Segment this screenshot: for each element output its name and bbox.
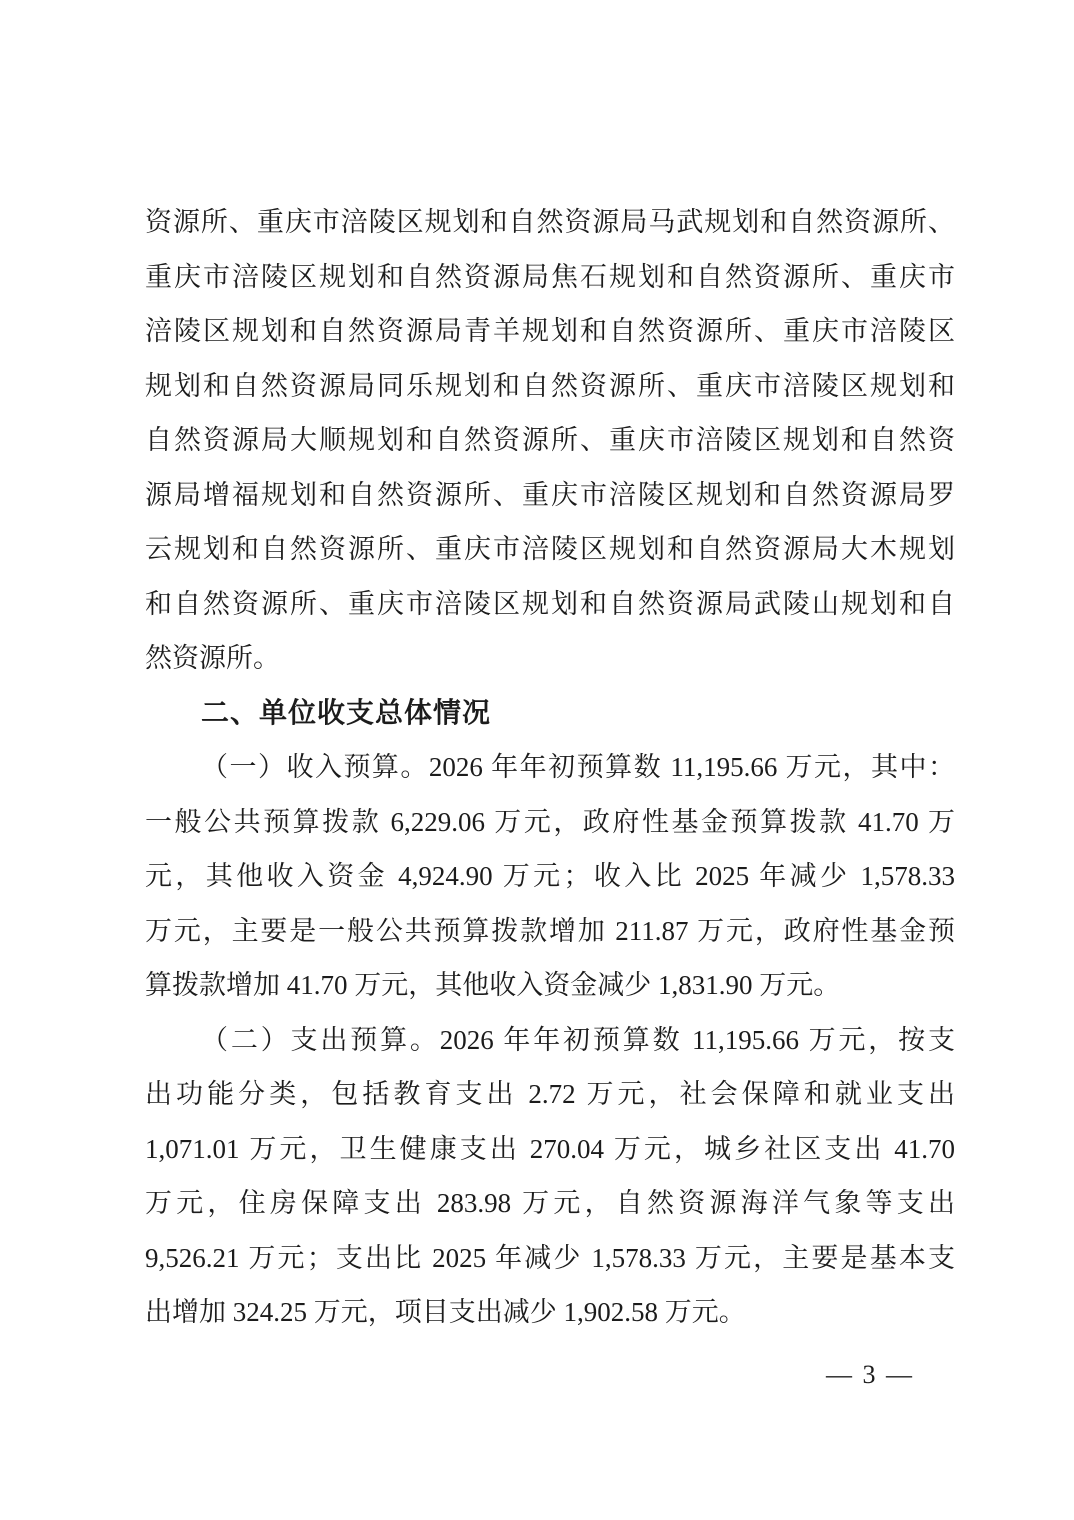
body-line: 和自然资源所、重庆市涪陵区规划和自然资源局武陵山规划和自 [145, 577, 955, 632]
body-line: 云规划和自然资源所、重庆市涪陵区规划和自然资源局大木规划 [145, 522, 955, 577]
body-line: 资源所、重庆市涪陵区规划和自然资源局马武规划和自然资源所、 [145, 195, 955, 250]
expenditure-paragraph-line: （二）支出预算。2026 年年初预算数 11,195.66 万元，按支 [145, 1013, 955, 1068]
expenditure-paragraph-line: 出功能分类，包括教育支出 2.72 万元，社会保障和就业支出 [145, 1067, 955, 1122]
body-line: 然资源所。 [145, 631, 955, 686]
body-line: 涪陵区规划和自然资源局青羊规划和自然资源所、重庆市涪陵区 [145, 304, 955, 359]
income-paragraph-line: 元，其他收入资金 4,924.90 万元；收入比 2025 年减少 1,578.… [145, 849, 955, 904]
document-page: 资源所、重庆市涪陵区规划和自然资源局马武规划和自然资源所、 重庆市涪陵区规划和自… [0, 0, 1074, 1520]
expenditure-paragraph-line: 9,526.21 万元；支出比 2025 年减少 1,578.33 万元，主要是… [145, 1231, 955, 1286]
income-paragraph-line: 万元，主要是一般公共预算拨款增加 211.87 万元，政府性基金预 [145, 904, 955, 959]
expenditure-paragraph-line: 1,071.01 万元，卫生健康支出 270.04 万元，城乡社区支出 41.7… [145, 1122, 955, 1177]
body-text: 资源所、重庆市涪陵区规划和自然资源局马武规划和自然资源所、 重庆市涪陵区规划和自… [145, 195, 955, 1340]
income-paragraph-line: （一）收入预算。2026 年年初预算数 11,195.66 万元，其中： [145, 740, 955, 795]
expenditure-paragraph-line: 万元，住房保障支出 283.98 万元，自然资源海洋气象等支出 [145, 1176, 955, 1231]
page-number: — 3 — [826, 1360, 914, 1390]
expenditure-paragraph-line: 出增加 324.25 万元，项目支出减少 1,902.58 万元。 [145, 1285, 955, 1340]
body-line: 规划和自然资源局同乐规划和自然资源所、重庆市涪陵区规划和 [145, 359, 955, 414]
body-line: 自然资源局大顺规划和自然资源所、重庆市涪陵区规划和自然资 [145, 413, 955, 468]
body-line: 源局增福规划和自然资源所、重庆市涪陵区规划和自然资源局罗 [145, 468, 955, 523]
section-heading: 二、单位收支总体情况 [145, 686, 955, 741]
income-paragraph-line: 一般公共预算拨款 6,229.06 万元，政府性基金预算拨款 41.70 万 [145, 795, 955, 850]
income-paragraph-line: 算拨款增加 41.70 万元，其他收入资金减少 1,831.90 万元。 [145, 958, 955, 1013]
body-line: 重庆市涪陵区规划和自然资源局焦石规划和自然资源所、重庆市 [145, 250, 955, 305]
